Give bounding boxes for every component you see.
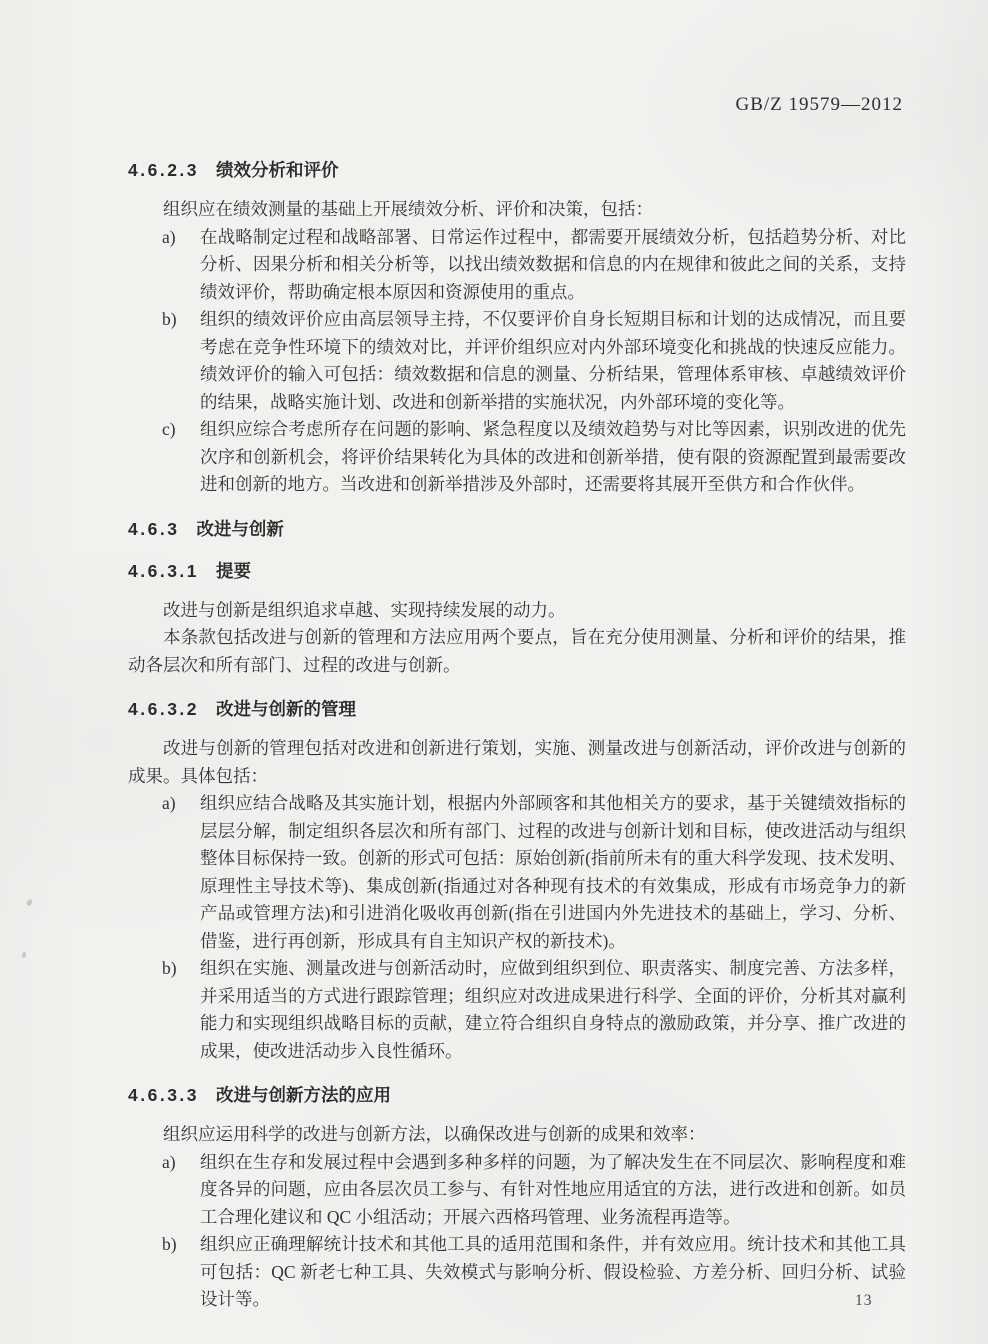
list-item-text: 组织应结合战略及其实施计划，根据内外部顾客和其他相关方的要求，基于关键绩效指标的… xyxy=(200,790,906,955)
list-item-a: a) 在战略制定过程和战略部署、日常运作过程中，都需要开展绩效分析，包括趋势分析… xyxy=(128,224,906,307)
list-item-text: 组织在生存和发展过程中会遇到多种多样的问题，为了解决发生在不同层次、影响程度和难… xyxy=(200,1149,906,1232)
paragraph-intro-4-6-3-3: 组织应运用科学的改进与创新方法，以确保改进与创新的成果和效率： xyxy=(128,1121,906,1149)
page-number: 13 xyxy=(855,1292,873,1310)
list-item-text: 组织应综合考虑所存在问题的影响、紧急程度以及绩效趋势与对比等因素，识别改进的优先… xyxy=(200,416,906,499)
section-number: 4.6.3.2 xyxy=(128,699,199,719)
list-item-text: 组织应正确理解统计技术和其他工具的适用范围和条件，并有效应用。统计技术和其他工具… xyxy=(200,1231,906,1314)
list-item-text: 组织在实施、测量改进与创新活动时，应做到组织到位、职责落实、制度完善、方法多样，… xyxy=(200,955,906,1065)
section-title: 改进与创新方法的应用 xyxy=(216,1085,391,1105)
list-item-b: b) 组织在实施、测量改进与创新活动时，应做到组织到位、职责落实、制度完善、方法… xyxy=(128,955,906,1065)
scan-artifact xyxy=(26,898,33,906)
list-item-text: 组织的绩效评价应由高层领导主持，不仅要评价自身长短期目标和计划的达成情况，而且要… xyxy=(200,306,906,416)
section-title: 绩效分析和评价 xyxy=(216,160,339,180)
list-item-c: c) 组织应综合考虑所存在问题的影响、紧急程度以及绩效趋势与对比等因素，识别改进… xyxy=(128,416,906,499)
list-item-label: b) xyxy=(162,306,200,416)
list-item-b: b) 组织的绩效评价应由高层领导主持，不仅要评价自身长短期目标和计划的达成情况，… xyxy=(128,306,906,416)
list-item-label: b) xyxy=(162,1231,200,1314)
section-heading-4-6-3-2: 4.6.3.2改进与创新的管理 xyxy=(128,697,906,721)
section-heading-4-6-3: 4.6.3改进与创新 xyxy=(128,517,906,541)
paragraph-intro-4-6-2-3: 组织应在绩效测量的基础上开展绩效分析、评价和决策，包括： xyxy=(128,196,906,224)
paragraph-intro-4-6-3-2: 改进与创新的管理包括对改进和创新进行策划，实施、测量改进与创新活动，评价改进与创… xyxy=(128,735,906,790)
section-number: 4.6.3.1 xyxy=(128,561,199,581)
section-number: 4.6.3.3 xyxy=(128,1085,199,1105)
doc-code: GB/Z 19579—2012 xyxy=(735,94,903,116)
paragraph-4-6-3-1-p1: 改进与创新是组织追求卓越、实现持续发展的动力。 xyxy=(128,597,906,625)
section-title: 提要 xyxy=(216,561,251,581)
document-page: GB/Z 19579—2012 4.6.2.3绩效分析和评价 组织应在绩效测量的… xyxy=(0,0,988,1344)
list-item-label: b) xyxy=(162,955,200,1065)
list-item-text: 在战略制定过程和战略部署、日常运作过程中，都需要开展绩效分析，包括趋势分析、对比… xyxy=(200,224,906,307)
list-item-label: a) xyxy=(162,1149,200,1232)
section-number: 4.6.3 xyxy=(128,519,179,539)
list-item-a: a) 组织应结合战略及其实施计划，根据内外部顾客和其他相关方的要求，基于关键绩效… xyxy=(128,790,906,955)
scan-artifact xyxy=(21,952,26,959)
section-heading-4-6-3-1: 4.6.3.1提要 xyxy=(128,559,906,583)
section-heading-4-6-3-3: 4.6.3.3改进与创新方法的应用 xyxy=(128,1083,906,1107)
section-title: 改进与创新 xyxy=(196,519,284,539)
section-number: 4.6.2.3 xyxy=(128,160,199,180)
list-item-label: a) xyxy=(162,224,200,307)
section-heading-4-6-2-3: 4.6.2.3绩效分析和评价 xyxy=(128,158,906,182)
document-content: 4.6.2.3绩效分析和评价 组织应在绩效测量的基础上开展绩效分析、评价和决策，… xyxy=(128,140,906,1314)
list-item-label: a) xyxy=(162,790,200,955)
section-title: 改进与创新的管理 xyxy=(216,699,356,719)
list-item-label: c) xyxy=(162,416,200,499)
list-item-a: a) 组织在生存和发展过程中会遇到多种多样的问题，为了解决发生在不同层次、影响程… xyxy=(128,1149,906,1232)
list-item-b: b) 组织应正确理解统计技术和其他工具的适用范围和条件，并有效应用。统计技术和其… xyxy=(128,1231,906,1314)
paragraph-4-6-3-1-p2: 本条款包括改进与创新的管理和方法应用两个要点，旨在充分使用测量、分析和评价的结果… xyxy=(128,624,906,679)
